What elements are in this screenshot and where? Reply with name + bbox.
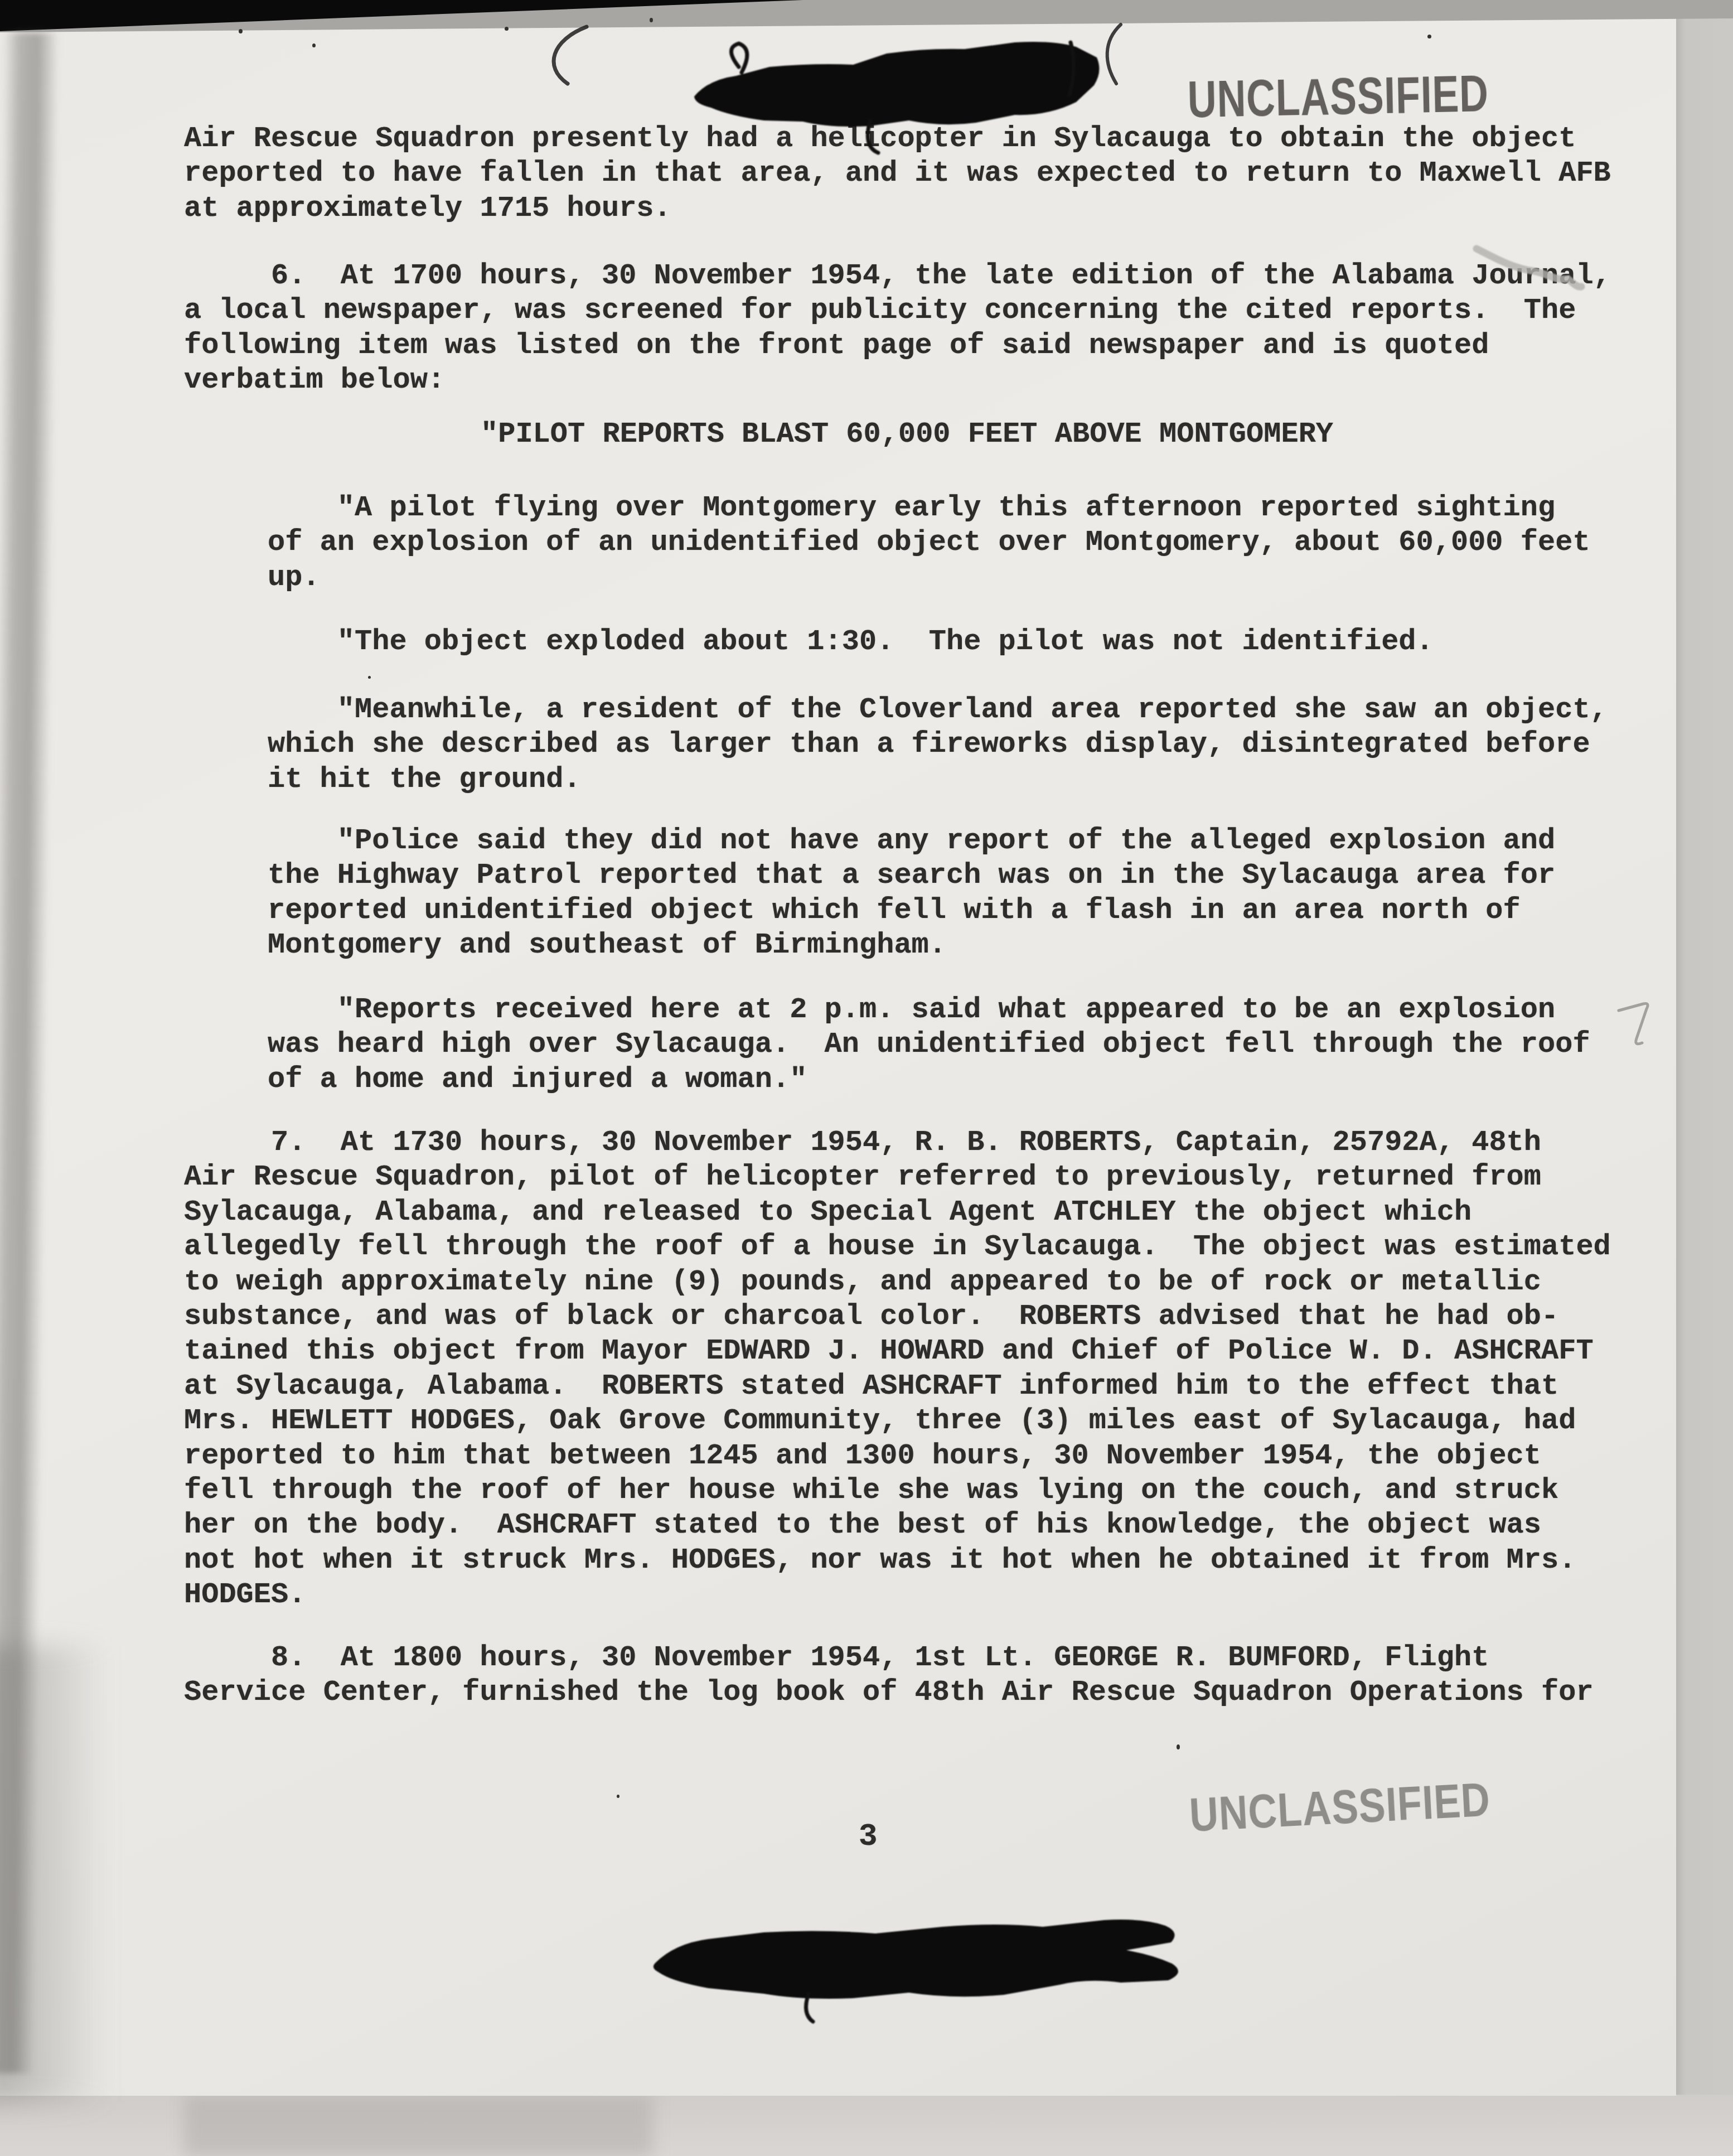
redaction-blob-top — [686, 32, 1115, 163]
newspaper-headline: "PILOT REPORTS BLAST 60,000 FEET ABOVE M… — [481, 417, 1333, 452]
pencil-swoosh-over-journal — [1472, 239, 1589, 311]
dust-speck — [1177, 1744, 1180, 1749]
newspaper-quote-3: "Meanwhile, a resident of the Cloverland… — [268, 693, 1608, 797]
dust-speck — [650, 18, 653, 22]
newspaper-quote-5: "Reports received here at 2 p.m. said wh… — [268, 993, 1590, 1097]
dust-speck — [505, 27, 509, 31]
unclassified-stamp-top: UNCLASSIFIED — [1183, 62, 1530, 142]
dust-speck — [312, 43, 316, 47]
svg-text:UNCLASSIFIED: UNCLASSIFIED — [1188, 1773, 1492, 1842]
scan-shadow-bottom-left — [0, 1645, 128, 2102]
dust-speck — [617, 1795, 619, 1798]
paragraph-8: 8. At 1800 hours, 30 November 1954, 1st … — [184, 1641, 1594, 1710]
paragraph-6: 6. At 1700 hours, 30 November 1954, the … — [184, 259, 1611, 398]
handwritten-paren-mark-left — [535, 23, 599, 93]
handwritten-paren-mark-right — [1097, 22, 1139, 89]
newspaper-quote-4: "Police said they did not have any repor… — [268, 824, 1555, 963]
newspaper-quote-2: "The object exploded about 1:30. The pil… — [268, 625, 1434, 659]
page-number: 3 — [859, 1819, 878, 1854]
redaction-blob-bottom — [641, 1910, 1204, 2030]
pencil-margin-mark-right — [1614, 994, 1667, 1058]
scan-margin-bottom-shadow — [184, 2095, 652, 2156]
dust-speck — [1427, 35, 1431, 38]
dust-speck — [239, 29, 243, 33]
scan-margin-right — [1675, 0, 1733, 2156]
newspaper-quote-1: "A pilot flying over Montgomery early th… — [268, 491, 1590, 595]
paragraph-7: 7. At 1730 hours, 30 November 1954, R. B… — [184, 1125, 1611, 1613]
dust-speck — [368, 676, 371, 679]
scanned-document-page: Air Rescue Squadron presently had a heli… — [0, 0, 1733, 2156]
svg-text:UNCLASSIFIED: UNCLASSIFIED — [1187, 65, 1489, 128]
